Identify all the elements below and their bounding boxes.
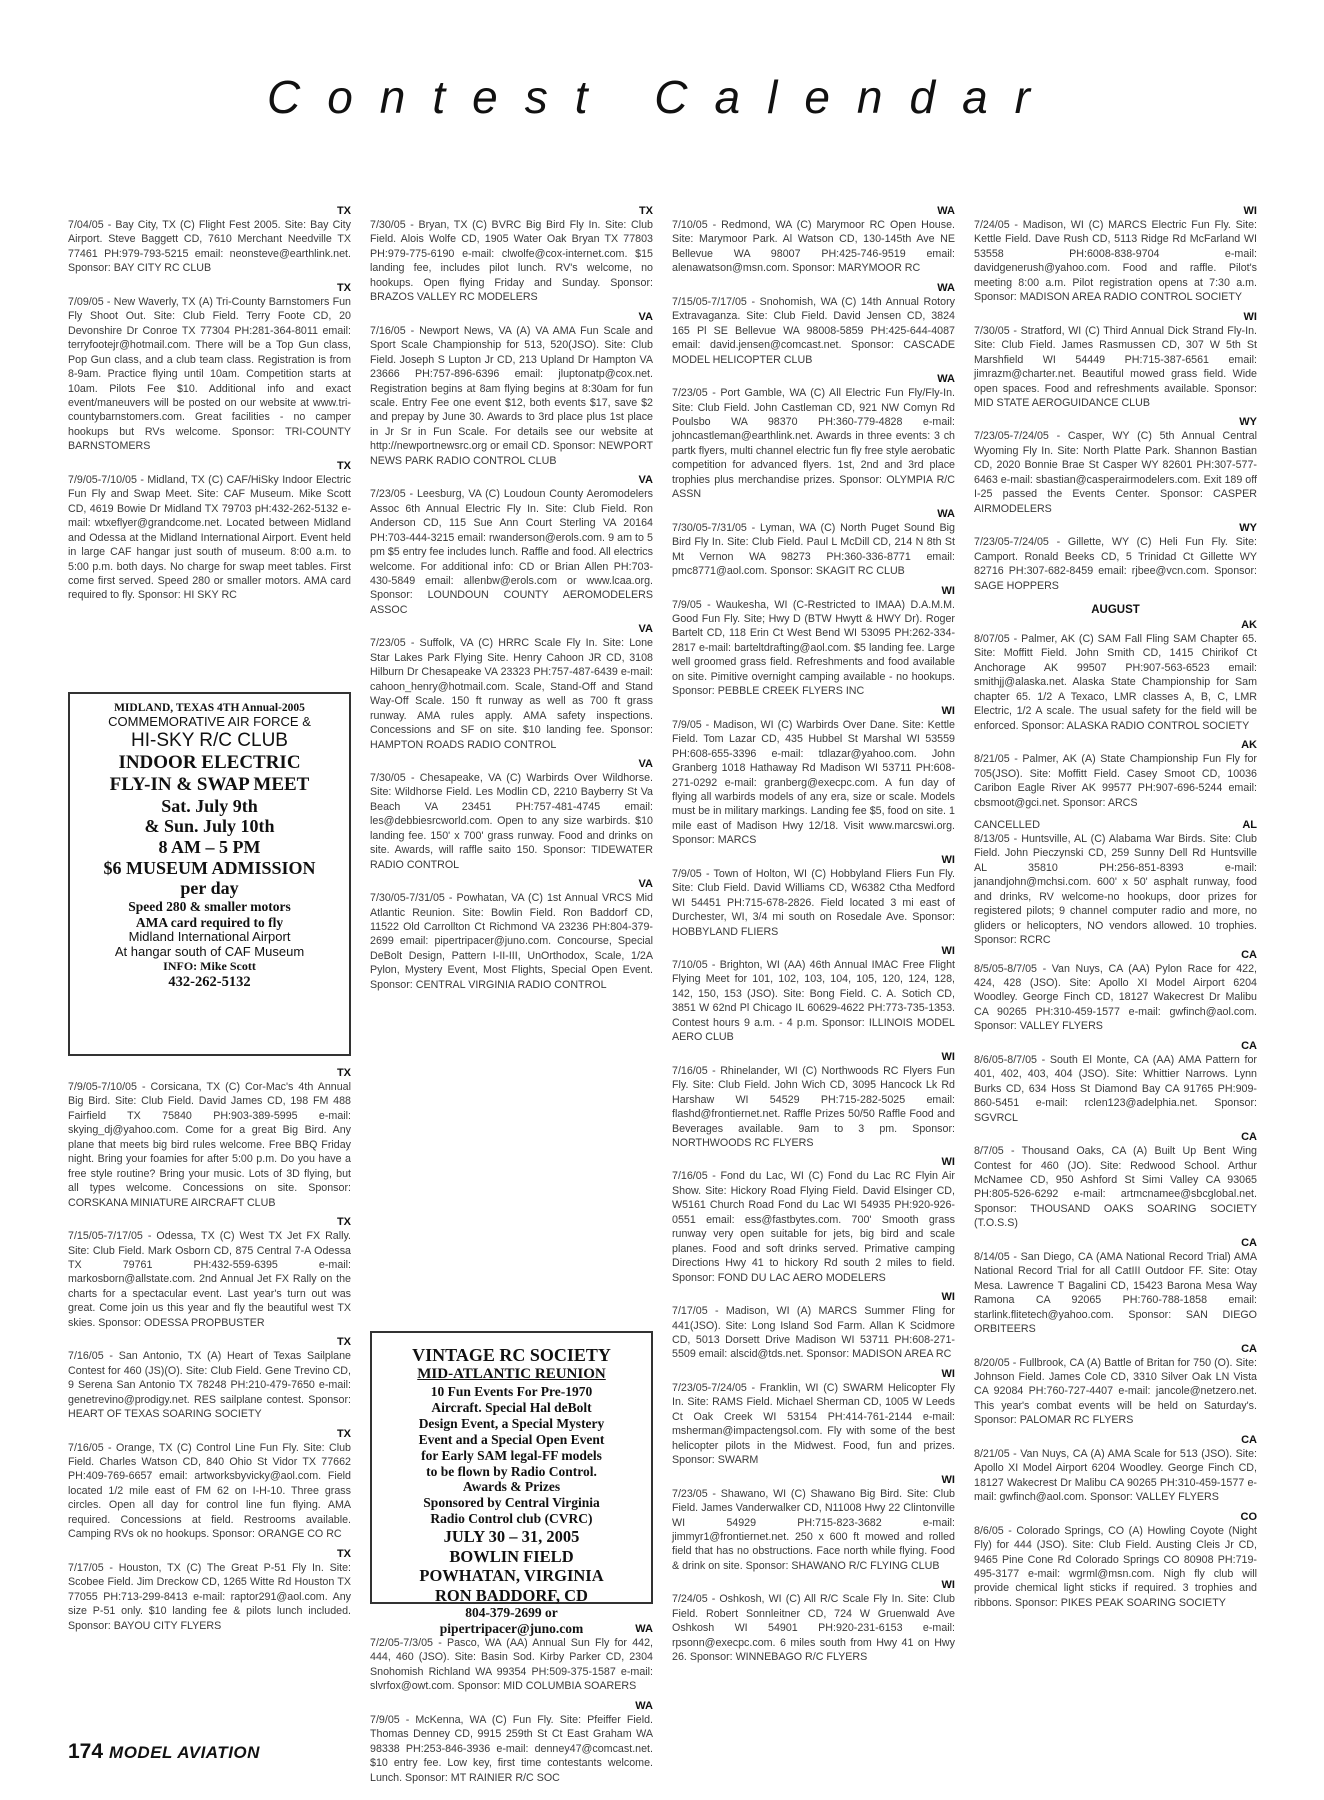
ad-line: $6 MUSEUM ADMISSION [76, 858, 343, 879]
ad-line: Radio Control club (CVRC) [378, 1511, 645, 1527]
listing-text: 8/6/05 - Colorado Springs, CO (A) Howlin… [974, 1524, 1257, 1611]
contest-listing: WI7/16/05 - Fond du Lac, WI (C) Fond du … [672, 1155, 955, 1285]
listing-text: 7/16/05 - Fond du Lac, WI (C) Fond du La… [672, 1169, 955, 1285]
contest-listing: WA7/2/05-7/3/05 - Pasco, WA (AA) Annual … [370, 1622, 653, 1694]
col1-bottom-listings: TX7/9/05-7/10/05 - Corsicana, TX (C) Cor… [68, 1066, 351, 1633]
ad-line: MID-ATLANTIC REUNION [378, 1366, 645, 1384]
listing-text: 8/07/05 - Palmer, AK (C) SAM Fall Fling … [974, 632, 1257, 733]
contest-listing: WI7/23/05 - Shawano, WI (C) Shawano Big … [672, 1473, 955, 1574]
column-4: WI7/24/05 - Madison, WI (C) MARCS Electr… [974, 204, 1257, 1610]
contest-listing: WI7/24/05 - Madison, WI (C) MARCS Electr… [974, 204, 1257, 305]
contest-listing: TX7/16/05 - San Antonio, TX (A) Heart of… [68, 1335, 351, 1421]
column-3: WA7/10/05 - Redmond, WA (C) Marymoor RC … [672, 204, 955, 1665]
state-code: WI [974, 204, 1257, 218]
listing-text: 7/24/05 - Oshkosh, WI (C) All R/C Scale … [672, 1592, 955, 1664]
listing-text: 7/10/05 - Redmond, WA (C) Marymoor RC Op… [672, 218, 955, 276]
listing-text: 7/30/05 - Chesapeake, VA (C) Warbirds Ov… [370, 771, 653, 872]
state-code: TX [68, 281, 351, 295]
state-code: WA [672, 507, 955, 521]
state-code: WI [672, 1290, 955, 1304]
listing-text: 7/9/05 - Waukesha, WI (C-Restricted to I… [672, 598, 955, 699]
state-code: AK [974, 738, 1257, 752]
state-code: CA [974, 1433, 1257, 1447]
listing-text: 8/21/05 - Palmer, AK (A) State Champions… [974, 752, 1257, 810]
listing-text: 8/7/05 - Thousand Oaks, CA (A) Built Up … [974, 1144, 1257, 1231]
state-code: WY [974, 521, 1257, 535]
page-number: 174 [68, 1740, 103, 1764]
listing-text: 7/17/05 - Houston, TX (C) The Great P-51… [68, 1561, 351, 1633]
contest-listing: CA8/21/05 - Van Nuys, CA (A) AMA Scale f… [974, 1433, 1257, 1505]
ad-line: Speed 280 & smaller motors [76, 899, 343, 915]
ad-line: HI-SKY R/C CLUB [76, 730, 343, 752]
state-code: CA [974, 1342, 1257, 1356]
state-code: WA [672, 281, 955, 295]
state-code: WA [370, 1622, 653, 1636]
listing-text: 8/5/05-8/7/05 - Van Nuys, CA (AA) Pylon … [974, 962, 1257, 1034]
listing-text: 7/9/05 - Town of Holton, WI (C) Hobbylan… [672, 867, 955, 939]
state-code: WI [672, 1155, 955, 1169]
ad-line: to be flown by Radio Control. [378, 1464, 645, 1480]
state-code: TX [68, 1215, 351, 1229]
listing-text: 7/30/05 - Stratford, WI (C) Third Annual… [974, 324, 1257, 411]
contest-listing: WI7/23/05-7/24/05 - Franklin, WI (C) SWA… [672, 1367, 955, 1468]
ad-line: for Early SAM legal-FF models [378, 1448, 645, 1464]
page-footer: 174 MODEL AVIATION [68, 1740, 260, 1764]
listing-text: 7/04/05 - Bay City, TX (C) Flight Fest 2… [68, 218, 351, 276]
ad-line: At hangar south of CAF Museum [76, 945, 343, 960]
contest-listing: TX7/30/05 - Bryan, TX (C) BVRC Big Bird … [370, 204, 653, 305]
listing-text: 7/17/05 - Madison, WI (A) MARCS Summer F… [672, 1304, 955, 1362]
state-code: WA [370, 1699, 653, 1713]
ad-line: 432-262-5132 [76, 974, 343, 991]
contest-listing: CA8/14/05 - San Diego, CA (AMA National … [974, 1236, 1257, 1337]
state-code: WI [974, 310, 1257, 324]
ad-line: FLY-IN & SWAP MEET [76, 774, 343, 796]
state-code: VA [370, 473, 653, 487]
ad-line: Sponsored by Central Virginia [378, 1495, 645, 1511]
cancelled-label: CANCELLED [974, 818, 1040, 832]
listing-text: 8/13/05 - Huntsville, AL (C) Alabama War… [974, 832, 1257, 948]
state-code: CA [974, 1130, 1257, 1144]
contest-listing: TX7/09/05 - New Waverly, TX (A) Tri-Coun… [68, 281, 351, 454]
column-1-lower: TX7/9/05-7/10/05 - Corsicana, TX (C) Cor… [68, 1066, 351, 1633]
calendar-columns: TX7/04/05 - Bay City, TX (C) Flight Fest… [68, 204, 1263, 1724]
state-code: WI [672, 1578, 955, 1592]
listing-text: 7/23/05 - Port Gamble, WA (C) All Electr… [672, 386, 955, 502]
state-code: WI [672, 853, 955, 867]
state-code: WY [974, 415, 1257, 429]
contest-listing: VA7/23/05 - Suffolk, VA (C) HRRC Scale F… [370, 622, 653, 752]
state-code: WA [672, 372, 955, 386]
ad-line: Event and a Special Open Event [378, 1432, 645, 1448]
state-code: VA [370, 622, 653, 636]
state-code: WI [672, 944, 955, 958]
state-code: VA [370, 310, 653, 324]
state-code: CA [974, 1039, 1257, 1053]
state-code: TX [68, 1335, 351, 1349]
listing-text: 7/09/05 - New Waverly, TX (A) Tri-County… [68, 295, 351, 454]
column-1: TX7/04/05 - Bay City, TX (C) Flight Fest… [68, 204, 351, 603]
listing-text: 8/6/05-8/7/05 - South El Monte, CA (AA) … [974, 1053, 1257, 1125]
col3-listings: WA7/10/05 - Redmond, WA (C) Marymoor RC … [672, 204, 955, 1665]
contest-listing: TX7/9/05-7/10/05 - Midland, TX (C) CAF/H… [68, 459, 351, 603]
contest-listing: WI7/9/05 - Madison, WI (C) Warbirds Over… [672, 704, 955, 848]
midland-fly-in-ad: MIDLAND, TEXAS 4TH Annual-2005 COMMEMORA… [68, 692, 351, 1056]
contest-listing: WI7/30/05 - Stratford, WI (C) Third Annu… [974, 310, 1257, 411]
contest-listing: CA8/6/05-8/7/05 - South El Monte, CA (AA… [974, 1039, 1257, 1125]
contest-listing: TX7/17/05 - Houston, TX (C) The Great P-… [68, 1547, 351, 1633]
ad-line: per day [76, 878, 343, 899]
ad-line: AMA card required to fly [76, 915, 343, 931]
state-code: CA [974, 948, 1257, 962]
contest-listing: VA7/30/05-7/31/05 - Powhatan, VA (C) 1st… [370, 877, 653, 992]
listing-text: 7/2/05-7/3/05 - Pasco, WA (AA) Annual Su… [370, 1636, 653, 1694]
listing-text: 7/23/05-7/24/05 - Casper, WY (C) 5th Ann… [974, 429, 1257, 516]
contest-listing: WA7/10/05 - Redmond, WA (C) Marymoor RC … [672, 204, 955, 276]
ad-line: Design Event, a Special Mystery [378, 1416, 645, 1432]
column-2-lower: WA7/2/05-7/3/05 - Pasco, WA (AA) Annual … [370, 1622, 653, 1785]
listing-text: 7/23/05 - Suffolk, VA (C) HRRC Scale Fly… [370, 636, 653, 752]
state-code: WI [672, 704, 955, 718]
state-code: WI [672, 584, 955, 598]
contest-listing: VA7/30/05 - Chesapeake, VA (C) Warbirds … [370, 757, 653, 872]
ad-line: & Sun. July 10th [76, 816, 343, 837]
state-code: WA [672, 204, 955, 218]
state-code: WI [672, 1473, 955, 1487]
page-title: Contest Calendar [0, 70, 1324, 124]
contest-listing: WA7/9/05 - McKenna, WA (C) Fun Fly. Site… [370, 1699, 653, 1785]
contest-listing: AK8/21/05 - Palmer, AK (A) State Champio… [974, 738, 1257, 810]
state-code: TX [370, 204, 653, 218]
contest-listing: TX7/04/05 - Bay City, TX (C) Flight Fest… [68, 204, 351, 276]
vintage-rc-society-ad: VINTAGE RC SOCIETY MID-ATLANTIC REUNION … [370, 1331, 653, 1604]
contest-listing: WI7/16/05 - Rhinelander, WI (C) Northwoo… [672, 1050, 955, 1151]
listing-text: 7/30/05-7/31/05 - Lyman, WA (C) North Pu… [672, 521, 955, 579]
contest-listing: AK8/07/05 - Palmer, AK (C) SAM Fall Flin… [974, 618, 1257, 733]
listing-text: 7/9/05 - McKenna, WA (C) Fun Fly. Site: … [370, 1713, 653, 1785]
state-code: TX [68, 1066, 351, 1080]
column-2: TX7/30/05 - Bryan, TX (C) BVRC Big Bird … [370, 204, 653, 992]
listing-text: 7/16/05 - Newport News, VA (A) VA AMA Fu… [370, 324, 653, 469]
contest-listing: WI7/24/05 - Oshkosh, WI (C) All R/C Scal… [672, 1578, 955, 1664]
listing-text: 7/10/05 - Brighton, WI (AA) 46th Annual … [672, 958, 955, 1045]
magazine-name: MODEL AVIATION [109, 1743, 260, 1763]
ad-line: 10 Fun Events For Pre-1970 [378, 1384, 645, 1400]
state-code: TX [68, 204, 351, 218]
listing-text: 7/15/05-7/17/05 - Snohomish, WA (C) 14th… [672, 295, 955, 367]
ad-line: INDOOR ELECTRIC [76, 752, 343, 774]
ad-line: RON BADDORF, CD [378, 1586, 645, 1605]
col1-top-listings: TX7/04/05 - Bay City, TX (C) Flight Fest… [68, 204, 351, 603]
state-code: VA [370, 757, 653, 771]
listing-text: 7/30/05-7/31/05 - Powhatan, VA (C) 1st A… [370, 891, 653, 992]
state-code: WI [672, 1050, 955, 1064]
listing-text: 7/9/05-7/10/05 - Midland, TX (C) CAF/HiS… [68, 473, 351, 603]
col4-august-listings-b: CA8/5/05-8/7/05 - Van Nuys, CA (AA) Pylo… [974, 948, 1257, 1611]
contest-listing: WA7/30/05-7/31/05 - Lyman, WA (C) North … [672, 507, 955, 579]
listing-text: 8/21/05 - Van Nuys, CA (A) AMA Scale for… [974, 1447, 1257, 1505]
listing-text: 7/23/05-7/24/05 - Gillette, WY (C) Heli … [974, 535, 1257, 593]
state-code: TX [68, 459, 351, 473]
ad-line: COMMEMORATIVE AIR FORCE & [76, 715, 343, 730]
state-code: WI [672, 1367, 955, 1381]
contest-listing: WY7/23/05-7/24/05 - Gillette, WY (C) Hel… [974, 521, 1257, 593]
listing-text: 7/30/05 - Bryan, TX (C) BVRC Big Bird Fl… [370, 218, 653, 305]
contest-listing: VA7/16/05 - Newport News, VA (A) VA AMA … [370, 310, 653, 469]
ad-line: POWHATAN, VIRGINIA [378, 1566, 645, 1585]
contest-listing: CA8/5/05-8/7/05 - Van Nuys, CA (AA) Pylo… [974, 948, 1257, 1034]
contest-listing: WI7/9/05 - Waukesha, WI (C-Restricted to… [672, 584, 955, 699]
listing-text: 7/9/05 - Madison, WI (C) Warbirds Over D… [672, 718, 955, 848]
listing-text: 7/16/05 - Orange, TX (C) Control Line Fu… [68, 1441, 351, 1542]
state-code: VA [370, 877, 653, 891]
listing-text: 8/14/05 - San Diego, CA (AMA National Re… [974, 1250, 1257, 1337]
contest-listing: WY7/23/05-7/24/05 - Casper, WY (C) 5th A… [974, 415, 1257, 516]
contest-listing: WA7/15/05-7/17/05 - Snohomish, WA (C) 14… [672, 281, 955, 367]
contest-listing: CA8/7/05 - Thousand Oaks, CA (A) Built U… [974, 1130, 1257, 1231]
ad-line: 8 AM – 5 PM [76, 837, 343, 858]
ad-line: 804-379-2699 or [378, 1605, 645, 1621]
listing-text: 7/16/05 - Rhinelander, WI (C) Northwoods… [672, 1064, 955, 1151]
col2-bottom-listings: WA7/2/05-7/3/05 - Pasco, WA (AA) Annual … [370, 1622, 653, 1785]
contest-listing: CA8/20/05 - Fullbrook, CA (A) Battle of … [974, 1342, 1257, 1428]
listing-text: 8/20/05 - Fullbrook, CA (A) Battle of Br… [974, 1356, 1257, 1428]
contest-listing: TX7/16/05 - Orange, TX (C) Control Line … [68, 1427, 351, 1542]
contest-listing: TX7/15/05-7/17/05 - Odessa, TX (C) West … [68, 1215, 351, 1330]
contest-listing: WI7/9/05 - Town of Holton, WI (C) Hobbyl… [672, 853, 955, 939]
state-code: CO [974, 1510, 1257, 1524]
contest-listing: VA7/23/05 - Leesburg, VA (C) Loudoun Cou… [370, 473, 653, 617]
ad-line: Aircraft. Special Hal deBolt [378, 1400, 645, 1416]
ad-line: Sat. July 9th [76, 796, 343, 817]
ad-line: Midland International Airport [76, 930, 343, 945]
state-code: AK [974, 618, 1257, 632]
ad-line: VINTAGE RC SOCIETY [378, 1345, 645, 1366]
listing-text: 7/23/05 - Shawano, WI (C) Shawano Big Bi… [672, 1487, 955, 1574]
contest-listing: TX7/9/05-7/10/05 - Corsicana, TX (C) Cor… [68, 1066, 351, 1210]
listing-text: 7/9/05-7/10/05 - Corsicana, TX (C) Cor-M… [68, 1080, 351, 1210]
col2-top-listings: TX7/30/05 - Bryan, TX (C) BVRC Big Bird … [370, 204, 653, 992]
state-code: TX [68, 1427, 351, 1441]
ad-line: INFO: Mike Scott [76, 960, 343, 974]
cancelled-listing: CANCELLED AL 8/13/05 - Huntsville, AL (C… [974, 818, 1257, 948]
col4-august-listings-a: AK8/07/05 - Palmer, AK (C) SAM Fall Flin… [974, 618, 1257, 810]
listing-text: 7/23/05-7/24/05 - Franklin, WI (C) SWARM… [672, 1381, 955, 1468]
col4-july-listings: WI7/24/05 - Madison, WI (C) MARCS Electr… [974, 204, 1257, 593]
ad-line: Awards & Prizes [378, 1479, 645, 1495]
listing-text: 7/16/05 - San Antonio, TX (A) Heart of T… [68, 1349, 351, 1421]
contest-listing: WI7/17/05 - Madison, WI (A) MARCS Summer… [672, 1290, 955, 1362]
contest-listing: WA7/23/05 - Port Gamble, WA (C) All Elec… [672, 372, 955, 502]
month-heading-august: AUGUST [974, 603, 1257, 617]
state-code: TX [68, 1547, 351, 1561]
contest-listing: CO8/6/05 - Colorado Springs, CO (A) Howl… [974, 1510, 1257, 1611]
ad-line: BOWLIN FIELD [378, 1547, 645, 1566]
state-code: CA [974, 1236, 1257, 1250]
state-code: AL [1242, 818, 1257, 832]
listing-text: 7/24/05 - Madison, WI (C) MARCS Electric… [974, 218, 1257, 305]
contest-listing: WI7/10/05 - Brighton, WI (AA) 46th Annua… [672, 944, 955, 1045]
listing-text: 7/23/05 - Leesburg, VA (C) Loudoun Count… [370, 487, 653, 617]
ad-line: JULY 30 – 31, 2005 [378, 1527, 645, 1546]
listing-text: 7/15/05-7/17/05 - Odessa, TX (C) West TX… [68, 1229, 351, 1330]
